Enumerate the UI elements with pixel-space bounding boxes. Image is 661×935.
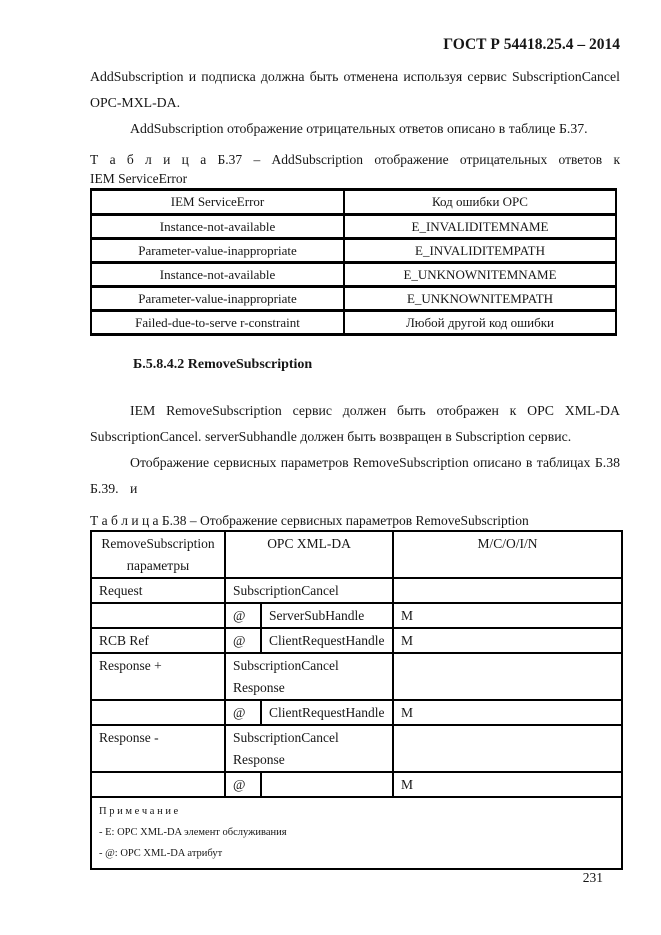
- table-cell: E_UNKNOWNITEMPATH: [344, 287, 616, 311]
- table-cell: ClientRequestHandle: [261, 628, 393, 653]
- paragraph-line: AddSubscription отображение отрицательны…: [90, 116, 620, 142]
- table-header-cell: Код ошибки OPC: [344, 190, 616, 215]
- table-cell-attribute-marker: @: [225, 603, 261, 628]
- table-cell: Parameter-value-inappropriate: [91, 239, 344, 263]
- table-cell: Любой другой код ошибки: [344, 311, 616, 335]
- cell-line: Response: [233, 677, 392, 699]
- table-cell: Response -: [91, 725, 225, 772]
- table-b37-caption: Т а б л и ц а Б.37 – AddSubscription ото…: [90, 150, 620, 188]
- paragraph-addsubscription-cancel: AddSubscription и подписка должна быть о…: [90, 64, 620, 142]
- document-header: ГОСТ Р 54418.25.4 – 2014: [90, 0, 620, 54]
- section-heading: Б.5.8.4.2 RemoveSubscription: [90, 356, 620, 374]
- table-cell: E_INVALIDITEMPATH: [344, 239, 616, 263]
- table-cell: E_UNKNOWNITEMNAME: [344, 263, 616, 287]
- page-number: 231: [583, 870, 603, 886]
- cell-line: SubscriptionCancel: [233, 727, 392, 749]
- table-b37: IEM ServiceError Код ошибки OPC Instance…: [90, 188, 617, 336]
- table-row: IEM ServiceError Код ошибки OPC: [91, 190, 616, 215]
- paragraph-line: AddSubscription и подписка должна быть о…: [90, 64, 620, 90]
- paragraph-line: Отображение сервисных параметров RemoveS…: [90, 450, 620, 476]
- table-row: Parameter-value-inappropriate E_UNKNOWNI…: [91, 287, 616, 311]
- document-page: ГОСТ Р 54418.25.4 – 2014 AddSubscription…: [0, 0, 661, 935]
- table-cell: Instance-not-available: [91, 263, 344, 287]
- table-row: RCB Ref @ ClientRequestHandle M: [91, 628, 622, 653]
- paragraph-line: OPC-MXL-DA.: [90, 90, 620, 116]
- table-note-cell: П р и м е ч а н и е - E: OPC XML-DA элем…: [91, 797, 622, 869]
- table-cell: Request: [91, 578, 225, 603]
- table-cell: Parameter-value-inappropriate: [91, 287, 344, 311]
- table-header-cell: OPC XML-DA: [225, 531, 393, 578]
- table-cell: M: [393, 772, 622, 797]
- header-line: параметры: [92, 555, 224, 577]
- table-cell: Instance-not-available: [91, 215, 344, 239]
- note-line: - E: OPC XML-DA элемент обслуживания: [99, 822, 621, 843]
- table-note-row: П р и м е ч а н и е - E: OPC XML-DA элем…: [91, 797, 622, 869]
- table-cell-attribute-marker: @: [225, 700, 261, 725]
- table-cell: [393, 653, 622, 700]
- table-row: Response - SubscriptionCancel Response: [91, 725, 622, 772]
- caption-line: Т а б л и ц а Б.37 – AddSubscription ото…: [90, 150, 620, 169]
- table-cell: ClientRequestHandle: [261, 700, 393, 725]
- table-cell: Failed-due-to-serve r-constraint: [91, 311, 344, 335]
- note-title: П р и м е ч а н и е: [99, 801, 621, 822]
- table-cell: SubscriptionCancel Response: [225, 725, 393, 772]
- table-row: Parameter-value-inappropriate E_INVALIDI…: [91, 239, 616, 263]
- table-header-cell: RemoveSubscription параметры: [91, 531, 225, 578]
- table-header-cell: M/C/O/I/N: [393, 531, 622, 578]
- table-row: Response + SubscriptionCancel Response: [91, 653, 622, 700]
- table-row: @ M: [91, 772, 622, 797]
- table-cell: [91, 772, 225, 797]
- header-line: RemoveSubscription: [92, 533, 224, 555]
- table-row: Instance-not-available E_UNKNOWNITEMNAME: [91, 263, 616, 287]
- table-row: Request SubscriptionCancel: [91, 578, 622, 603]
- table-row: @ ClientRequestHandle M: [91, 700, 622, 725]
- note-line: - @: OPC XML-DA атрибут: [99, 843, 621, 864]
- table-row: RemoveSubscription параметры OPC XML-DA …: [91, 531, 622, 578]
- table-cell-attribute-marker: @: [225, 772, 261, 797]
- table-cell: ServerSubHandle: [261, 603, 393, 628]
- table-cell: Response +: [91, 653, 225, 700]
- table-header-cell: IEM ServiceError: [91, 190, 344, 215]
- caption-line: IEM ServiceError: [90, 169, 620, 188]
- page-content: ГОСТ Р 54418.25.4 – 2014 AddSubscription…: [90, 0, 620, 870]
- table-cell: E_INVALIDITEMNAME: [344, 215, 616, 239]
- table-cell: M: [393, 700, 622, 725]
- table-cell: [91, 700, 225, 725]
- paragraph-line: IEM RemoveSubscription сервис должен быт…: [90, 398, 620, 424]
- paragraph-line: Б.39.: [90, 476, 620, 502]
- table-cell-attribute-marker: @: [225, 628, 261, 653]
- table-b38-caption: Т а б л и ц а Б.38 – Отображение сервисн…: [90, 512, 620, 530]
- paragraph-line: SubscriptionCancel. serverSubhandle долж…: [90, 424, 620, 450]
- table-row: Failed-due-to-serve r-constraint Любой д…: [91, 311, 616, 335]
- table-cell: RCB Ref: [91, 628, 225, 653]
- cell-line: SubscriptionCancel: [233, 655, 392, 677]
- table-row: @ ServerSubHandle M: [91, 603, 622, 628]
- table-row: Instance-not-available E_INVALIDITEMNAME: [91, 215, 616, 239]
- table-cell: SubscriptionCancel Response: [225, 653, 393, 700]
- table-cell: M: [393, 628, 622, 653]
- table-cell: [91, 603, 225, 628]
- paragraph-removesubscription: IEM RemoveSubscription сервис должен быт…: [90, 398, 620, 502]
- table-cell: M: [393, 603, 622, 628]
- table-cell: [393, 725, 622, 772]
- table-b38: RemoveSubscription параметры OPC XML-DA …: [90, 530, 623, 870]
- table-cell: [261, 772, 393, 797]
- table-cell: SubscriptionCancel: [225, 578, 393, 603]
- cell-line: Response: [233, 749, 392, 771]
- table-cell: [393, 578, 622, 603]
